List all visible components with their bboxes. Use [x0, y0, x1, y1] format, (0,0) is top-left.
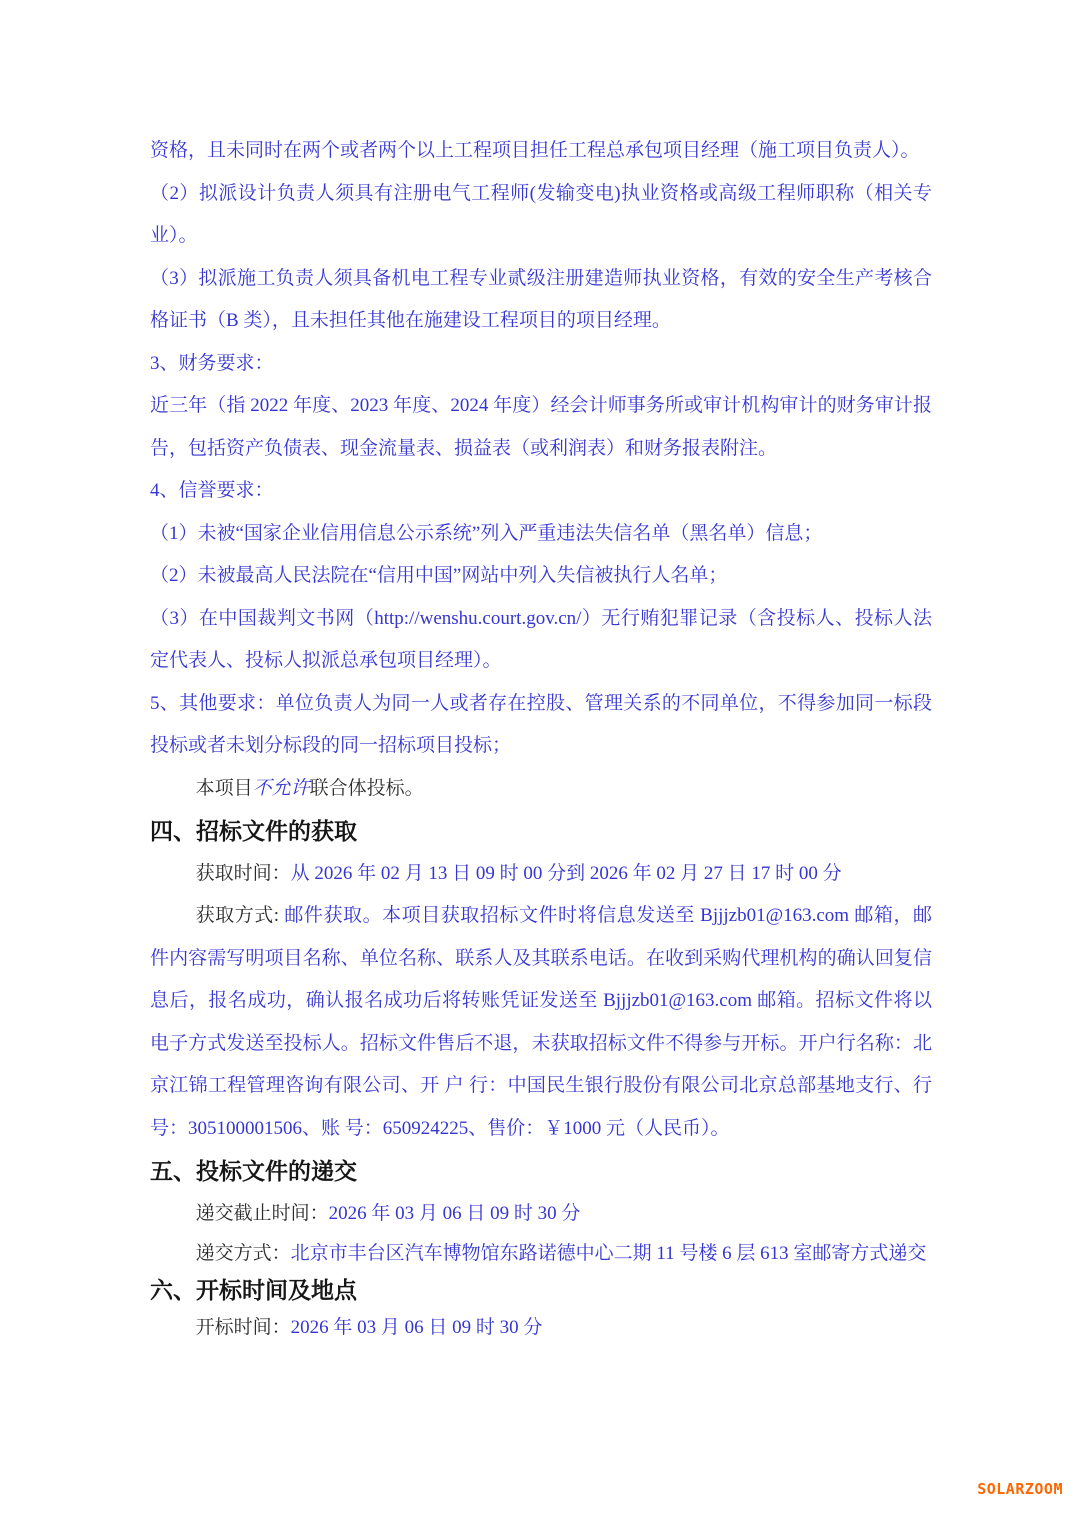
- text-segment: 3、财务要求：: [150, 353, 274, 374]
- section-6-heading: 六、开标时间及地点: [150, 1272, 932, 1309]
- text-segment: 本项目: [196, 778, 253, 799]
- text-segment: 5、其他要求：单位负责人为同一人或者存在控股、管理关系的不同单位，不得参加同一标…: [150, 693, 932, 757]
- credit-item-1: （1）未被“国家企业信用信息公示系统”列入严重违法失信名单（黑名单）信息；: [150, 513, 932, 556]
- text-segment: 2026 年 03 月 06 日 09 时 30 分: [291, 1317, 543, 1338]
- obtain-time: 获取时间：从 2026 年 02 月 13 日 09 时 00 分到 2026 …: [150, 853, 932, 896]
- obtain-method: 获取方式: 邮件获取。本项目获取招标文件时将信息发送至 Bjjjzb01@163…: [150, 895, 932, 1150]
- text-segment: 邮件获取。本项目获取招标文件时将信息发送至 Bjjjzb01@163.com 邮…: [150, 905, 932, 1139]
- text-segment: （1）未被“国家企业信用信息公示系统”列入严重违法失信名单（黑名单）信息；: [150, 523, 822, 544]
- credit-item-3: （3）在中国裁判文书网（http://wenshu.court.gov.cn/）…: [150, 598, 932, 683]
- finance-requirement-heading: 3、财务要求：: [150, 343, 932, 386]
- credit-requirement-heading: 4、信誉要求：: [150, 470, 932, 513]
- document-page: 资格，且未同时在两个或者两个以上工程项目担任工程总承包项目经理（施工项目负责人）…: [0, 0, 1080, 1528]
- text-segment: 4、信誉要求：: [150, 480, 274, 501]
- text-segment: 联合体投标。: [310, 778, 424, 799]
- text-segment: 从 2026 年 02 月 13 日 09 时 00 分到 2026 年 02 …: [291, 863, 842, 884]
- text-segment: 递交方式：: [196, 1243, 291, 1264]
- text-segment: 四、招标文件的获取: [150, 818, 357, 844]
- other-requirement: 5、其他要求：单位负责人为同一人或者存在控股、管理关系的不同单位，不得参加同一标…: [150, 683, 932, 768]
- document-body: 资格，且未同时在两个或者两个以上工程项目担任工程总承包项目经理（施工项目负责人）…: [150, 130, 932, 1346]
- qualification-continuation: 资格，且未同时在两个或者两个以上工程项目担任工程总承包项目经理（施工项目负责人）…: [150, 130, 932, 173]
- text-segment: 近三年（指 2022 年度、2023 年度、2024 年度）经会计师事务所或审计…: [150, 395, 932, 459]
- no-consortium-note: 本项目不允许联合体投标。: [150, 768, 932, 811]
- submit-deadline: 递交截止时间：2026 年 03 月 06 日 09 时 30 分: [150, 1193, 932, 1236]
- text-segment: 获取方式:: [196, 905, 285, 926]
- text-segment: 递交截止时间：: [196, 1203, 329, 1224]
- text-segment: （3）在中国裁判文书网（http://wenshu.court.gov.cn/）…: [150, 608, 932, 672]
- text-segment: （2）拟派设计负责人须具有注册电气工程师(发输变电)执业资格或高级工程师职称（相…: [150, 183, 932, 247]
- text-segment: 获取时间：: [196, 863, 291, 884]
- section-4-heading: 四、招标文件的获取: [150, 810, 932, 853]
- qualification-item-3: （3）拟派施工负责人须具备机电工程专业贰级注册建造师执业资格，有效的安全生产考核…: [150, 258, 932, 343]
- text-segment: 五、投标文件的递交: [150, 1158, 357, 1184]
- finance-requirement-detail: 近三年（指 2022 年度、2023 年度、2024 年度）经会计师事务所或审计…: [150, 385, 932, 470]
- text-segment: （2）未被最高人民法院在“信用中国”网站中列入失信被执行人名单；: [150, 565, 727, 586]
- text-segment: 北京市丰台区汽车博物馆东路诺德中心二期 11 号楼 6 层 613 室邮寄方式递…: [291, 1243, 927, 1264]
- solarzoom-watermark: SOLARZOOM: [977, 1480, 1063, 1498]
- submit-method: 递交方式：北京市丰台区汽车博物馆东路诺德中心二期 11 号楼 6 层 613 室…: [150, 1235, 932, 1272]
- text-segment: 六、开标时间及地点: [150, 1277, 357, 1303]
- text-segment: （3）拟派施工负责人须具备机电工程专业贰级注册建造师执业资格，有效的安全生产考核…: [150, 268, 932, 332]
- text-segment: 不允许: [253, 778, 310, 799]
- qualification-item-2: （2）拟派设计负责人须具有注册电气工程师(发输变电)执业资格或高级工程师职称（相…: [150, 173, 932, 258]
- text-segment: 开标时间：: [196, 1317, 291, 1338]
- section-5-heading: 五、投标文件的递交: [150, 1150, 932, 1193]
- text-segment: 2026 年 03 月 06 日 09 时 30 分: [329, 1203, 581, 1224]
- text-segment: 资格，且未同时在两个或者两个以上工程项目担任工程总承包项目经理（施工项目负责人）…: [150, 140, 920, 161]
- credit-item-2: （2）未被最高人民法院在“信用中国”网站中列入失信被执行人名单；: [150, 555, 932, 598]
- bid-opening-time: 开标时间：2026 年 03 月 06 日 09 时 30 分: [150, 1309, 932, 1346]
